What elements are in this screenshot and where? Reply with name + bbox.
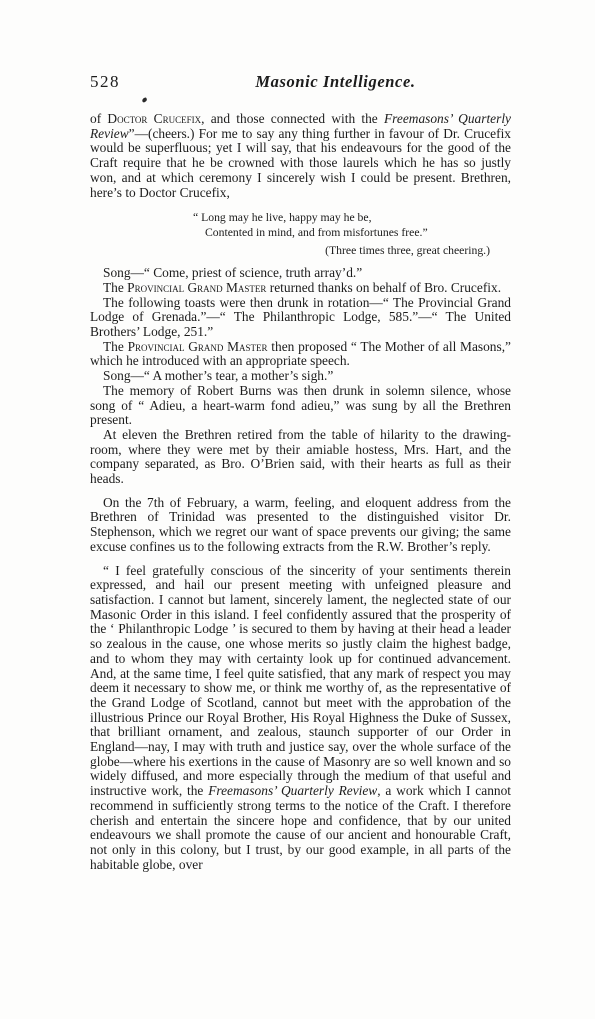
paragraph-brothers-reply: “ I feel gratefully conscious of the sin… xyxy=(90,564,511,873)
verse-line-1: “ Long may he live, happy may he be, xyxy=(193,210,511,225)
text-run: , and those connected with the xyxy=(201,111,384,126)
paragraph-song-2: Song—“ A mother’s tear, a mother’s sigh.… xyxy=(90,369,511,384)
italic-text: Freemasons’ Quarterly Review xyxy=(208,783,377,798)
text-run: At eleven the Brethren retired from the … xyxy=(90,427,511,486)
text-run: returned thanks on behalf of Bro. Crucef… xyxy=(266,280,501,295)
paragraph-mother-of-masons: The Provincial Grand Master then propose… xyxy=(90,340,511,369)
page-title: Masonic Intelligence. xyxy=(160,72,511,92)
verse-line-2: Contented in mind, and from misfortunes … xyxy=(205,225,511,240)
text-run: Song—“ Come, priest of science, truth ar… xyxy=(103,265,362,280)
toast-verse: “ Long may he live, happy may he be, Con… xyxy=(193,210,511,240)
text-run: The xyxy=(103,280,127,295)
text-run: ”—(cheers.) For me to say any thing furt… xyxy=(90,126,511,200)
text-run: The memory of Robert Burns was then drun… xyxy=(90,383,511,427)
text-run: On the 7th of February, a warm, feeling,… xyxy=(90,495,511,554)
paragraph-grand-master-thanks: The Provincial Grand Master returned tha… xyxy=(90,281,511,296)
text-run: “ I feel gratefully conscious of the sin… xyxy=(90,563,511,799)
text-column: 528 Masonic Intelligence. of Doctor Cruc… xyxy=(90,72,511,872)
paragraph-february-address: On the 7th of February, a warm, feeling,… xyxy=(90,496,511,555)
paragraph-robert-burns: The memory of Robert Burns was then drun… xyxy=(90,384,511,428)
verse-attribution: (Three times three, great cheering.) xyxy=(90,244,511,258)
smallcaps-text: Doctor Crucefix xyxy=(107,111,201,126)
text-run: The xyxy=(103,339,128,354)
paragraph-opening-speech: of Doctor Crucefix, and those connected … xyxy=(90,112,511,200)
paragraph-song-1: Song—“ Come, priest of science, truth ar… xyxy=(90,266,511,281)
text-run: of xyxy=(90,111,107,126)
scanned-book-page: 528 Masonic Intelligence. of Doctor Cruc… xyxy=(0,0,595,1019)
smallcaps-text: Provincial Grand Master xyxy=(128,339,268,354)
smallcaps-text: Provincial Grand Master xyxy=(127,280,266,295)
ink-blot-mark xyxy=(141,97,147,103)
paragraph-toasts-list: The following toasts were then drunk in … xyxy=(90,296,511,340)
running-head: 528 Masonic Intelligence. xyxy=(90,72,511,92)
text-run: The following toasts were then drunk in … xyxy=(90,295,511,339)
page-number: 528 xyxy=(90,72,160,92)
paragraph-eleven-retired: At eleven the Brethren retired from the … xyxy=(90,428,511,487)
text-run: Song—“ A mother’s tear, a mother’s sigh.… xyxy=(103,368,333,383)
